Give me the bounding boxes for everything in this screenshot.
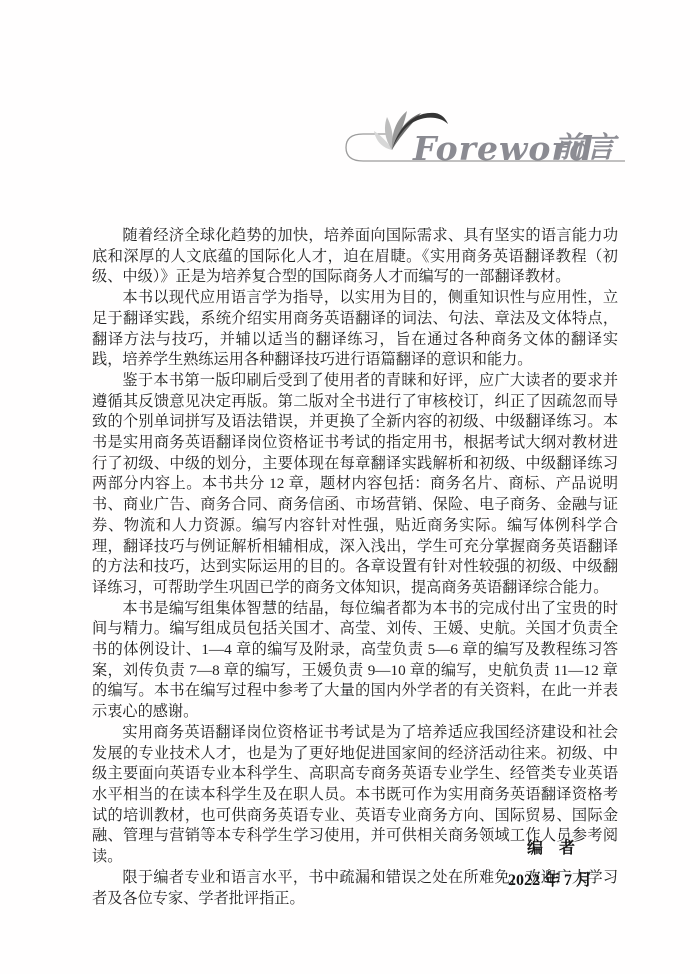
signature-block: 编 者 2022 年 7 月 [92,834,618,897]
foreword-header: Foreword 前言 [333,100,638,172]
paragraph-second-edition: 鉴于本书第一版印刷后受到了使用者的青睐和好评，应广大读者的要求并遵循其反馈意见决… [92,371,618,599]
paragraph-intro: 随着经济全球化趋势的加快，培养面向国际需求、具有坚实的语言能力功底和深厚的人文底… [92,226,618,288]
paragraph-approach: 本书以现代应用语言学为指导，以实用为目的，侧重知识性与应用性，立足于翻译实践，系… [92,288,618,371]
foreword-body: 随着经济全球化趋势的加快，培养面向国际需求、具有坚实的语言能力功底和深厚的人文底… [92,226,618,909]
paragraph-contributors: 本书是编写组集体智慧的结晶，每位编者都为本书的完成付出了宝贵的时间与精力。编写组… [92,599,618,723]
foreword-title-chinese: 前言 [554,134,618,163]
book-page: Foreword 前言 随着经济全球化趋势的加快，培养面向国际需求、具有坚实的语… [0,0,700,974]
signature-date: 2022 年 7 月 [92,864,618,897]
signature-author: 编 者 [92,834,618,864]
